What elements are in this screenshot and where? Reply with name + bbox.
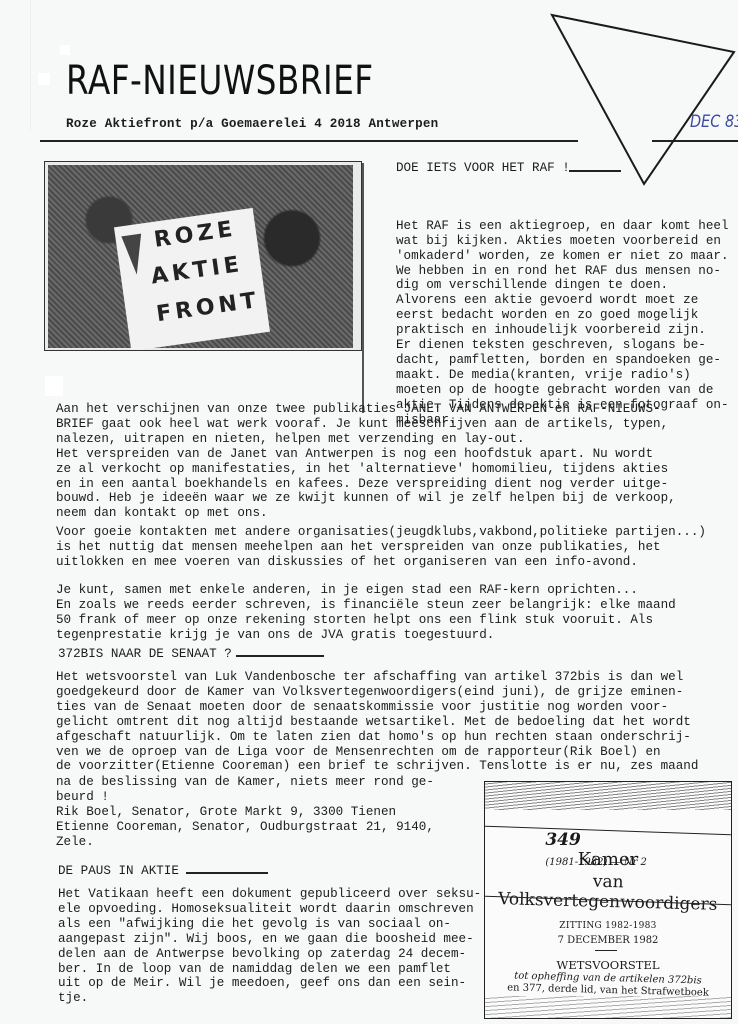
text-line: ele opvoeding. Homoseksualiteit wordt da… — [58, 902, 481, 917]
section-372bis-body: Het wetsvoorstel van Luk Vandenbosche te… — [56, 670, 698, 774]
heading-rule — [186, 872, 268, 874]
text-line: We hebben in en rond het RAF dus mensen … — [396, 264, 729, 279]
text-line: ber. In de loop van de namiddag delen we… — [58, 962, 481, 977]
clipping-zitting: ZITTING 1982-1983 — [485, 921, 731, 931]
text-line: en in een aantal boekhandels en kafees. … — [56, 477, 676, 492]
text-line: tegenprestatie krijg je van ons de JVA g… — [56, 628, 676, 643]
paragraph-raf-kern: Je kunt, samen met enkele anderen, in je… — [56, 583, 676, 643]
newsletter-address: Roze Aktiefront p/a Goemaerelei 4 2018 A… — [66, 117, 438, 131]
correction-mark — [38, 73, 50, 85]
paragraph-kontakten: Voor goeie kontakten met andere organisa… — [56, 525, 706, 570]
text-line: eerst bedacht worden en zo goed mogelijk — [396, 308, 729, 323]
text-line: ven we de oproep van de Liga voor de Men… — [56, 745, 698, 760]
section-heading-paus: DE PAUS IN AKTIE — [58, 864, 179, 878]
text-line: na de beslissing van de Kamer, niets mee… — [56, 775, 434, 790]
header-rule-left — [40, 140, 360, 142]
text-line: de voorzitter(Etienne Cooreman) een brie… — [56, 759, 698, 774]
text-line: gelicht omtrent dit nog altijd bestaande… — [56, 715, 698, 730]
heading-rule — [569, 170, 621, 172]
text-line: En zoals we reeds eerder schreven, is fi… — [56, 598, 676, 613]
heading-rule — [236, 655, 324, 657]
text-line: tje. — [58, 991, 481, 1006]
text-line: 50 frank of meer op onze rekening storte… — [56, 613, 676, 628]
text-line: dacht, pamfletten, borden en spandoeken … — [396, 353, 729, 368]
text-line: aangepast zijn". Wij boos, en we gaan di… — [58, 932, 481, 947]
institution-line-2: van Volksvertegenwoordigers — [485, 869, 732, 915]
institution-line-1: Kamer — [485, 849, 731, 870]
parliament-document-clipping: 349 (1981-1982) — Nr 2 Kamer van Volksve… — [484, 781, 732, 1019]
clipping-date: 7 DECEMBER 1982 — [485, 935, 731, 946]
protest-photo: ROZE AKTIE FRONT — [44, 161, 362, 351]
text-line: uit op de Meir. Wil je meedoen, geef ons… — [58, 976, 481, 991]
column-divider — [362, 163, 364, 413]
text-line: ze al verkocht op manifestaties, in het … — [56, 462, 676, 477]
text-line: BRIEF gaat ook heel wat werk vooraf. Je … — [56, 417, 676, 432]
banner-line-3: FRONT — [155, 288, 262, 327]
text-line: Het RAF is een aktiegroep, en daar komt … — [396, 219, 729, 234]
text-line: maakt. De media(kranten, vrije radio's) — [396, 368, 729, 383]
banner-triangle-icon — [121, 234, 146, 276]
text-line: neem dan kontakt op met ons. — [56, 506, 676, 521]
text-line: Alvorens een aktie gevoerd wordt moet ze — [396, 293, 729, 308]
text-line: ties van de Senaat moeten door de senaat… — [56, 700, 698, 715]
document-number: 349 — [545, 830, 581, 850]
text-line: Er dienen teksten geschreven, slogans be… — [396, 338, 729, 353]
text-line: als een "afwijking die het gevolg is van… — [58, 917, 481, 932]
clipping-hatching — [485, 996, 731, 1018]
section-372bis-addresses: na de beslissing van de Kamer, niets mee… — [56, 775, 434, 850]
text-line: Het Vatikaan heeft een dokument gepublic… — [58, 887, 481, 902]
text-line: Zele. — [56, 835, 434, 850]
text-line: Etienne Cooreman, Senator, Oudburgstraat… — [56, 820, 434, 835]
paragraph-publikaties: Aan het verschijnen van onze twee publik… — [56, 402, 676, 521]
section-heading-372bis: 372BIS NAAR DE SENAAT ? — [58, 647, 232, 661]
clipping-hatching — [485, 782, 731, 810]
text-line: afgeschaft natuurlijk. Om te laten zien … — [56, 730, 698, 745]
correction-mark — [60, 45, 70, 55]
section-heading-doe-iets: DOE IETS VOOR HET RAF ! — [396, 161, 570, 175]
handwritten-date: DEC 83 — [690, 112, 738, 132]
text-line: beurd ! — [56, 790, 434, 805]
text-line: Aan het verschijnen van onze twee publik… — [56, 402, 676, 417]
text-line: delen aan de Antwerpse bevolking op zate… — [58, 947, 481, 962]
newsletter-title: RAF-NIEUWSBRIEF — [66, 58, 374, 104]
text-line: praktisch en inhoudelijk voorbereid zijn… — [396, 323, 729, 338]
banner-line-1: ROZE — [152, 217, 237, 253]
text-line: dig om verschillende dingen te doen. — [396, 278, 729, 293]
text-line: Je kunt, samen met enkele anderen, in je… — [56, 583, 676, 598]
correction-mark — [45, 376, 63, 396]
text-line: wat bij kijken. Akties moeten voorbereid… — [396, 234, 729, 249]
text-line: bouwd. Heb je ideeën waar we ze kwijt ku… — [56, 491, 676, 506]
photo-banner: ROZE AKTIE FRONT — [114, 208, 270, 351]
text-line: Het wetsvoorstel van Luk Vandenbosche te… — [56, 670, 698, 685]
clipping-short-rule — [595, 950, 617, 951]
text-line: Het verspreiden van de Janet van Antwerp… — [56, 447, 676, 462]
text-line: goedgekeurd door de Kamer van Volksverte… — [56, 685, 698, 700]
text-line: Voor goeie kontakten met andere organisa… — [56, 525, 706, 540]
section-paus-body: Het Vatikaan heeft een dokument gepublic… — [58, 887, 481, 1006]
text-line: is het nuttig dat mensen meehelpen aan h… — [56, 540, 706, 555]
text-line: moeten op de hoogte gebracht worden van … — [396, 383, 729, 398]
text-line: 'omkaderd' worden, ze komen er niet zo m… — [396, 249, 729, 264]
banner-line-2: AKTIE — [150, 252, 245, 290]
text-line: uitlokken en mee voeren van diskussies o… — [56, 555, 706, 570]
text-line: nalezen, uitrapen en nieten, helpen met … — [56, 432, 676, 447]
text-line: Rik Boel, Senator, Grote Markt 9, 3300 T… — [56, 805, 434, 820]
